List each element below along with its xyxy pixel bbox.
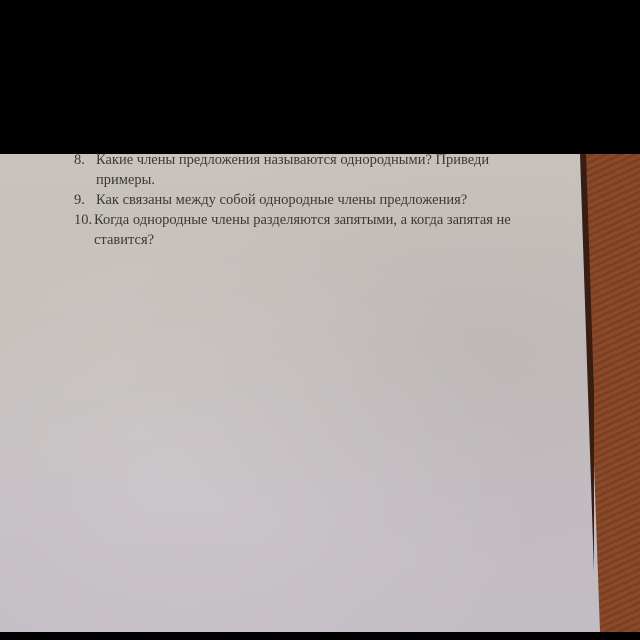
question-text: Как связаны между собой однородные члены… — [96, 190, 544, 210]
question-item: 9. Как связаны между собой однородные чл… — [74, 190, 544, 210]
question-number: 10. — [74, 210, 94, 250]
black-border-top — [0, 0, 640, 154]
question-number: 9. — [74, 190, 96, 210]
question-list: 8. Какие члены предложения называются од… — [74, 154, 544, 250]
worksheet-paper: 8. Какие члены предложения называются од… — [0, 154, 610, 632]
black-border-bottom — [0, 632, 640, 640]
photo-scene: 8. Какие члены предложения называются од… — [0, 154, 640, 632]
question-number: 8. — [74, 154, 96, 190]
question-item: 8. Какие члены предложения называются од… — [74, 154, 544, 190]
question-item: 10. Когда однородные члены разделяются з… — [74, 210, 544, 250]
question-text: Какие члены предложения называются однор… — [96, 154, 544, 190]
question-text: Когда однородные члены разделяются запят… — [94, 210, 544, 250]
